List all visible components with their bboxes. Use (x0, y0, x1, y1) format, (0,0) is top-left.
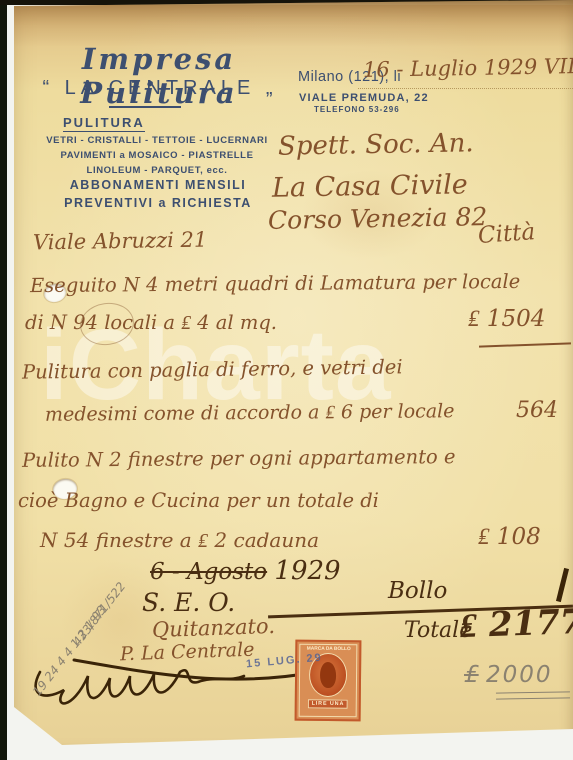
pencil-double-underline (496, 691, 570, 699)
amount-underline (479, 342, 571, 347)
body-line: Eseguito N 4 metri quadri di Lamatura pe… (30, 270, 520, 297)
subscription-line: PREVENTIVI a RICHIESTA (58, 196, 258, 210)
amount-value: 564 (516, 398, 558, 423)
pencil-circle-annotation (77, 299, 136, 348)
scan-edge-left (0, 0, 7, 760)
body-line: Pulito N 2 finestre per ogni appartament… (22, 445, 456, 472)
initials-seo: S. E. O. (142, 588, 235, 617)
amount-value: ₤ 1504 (468, 306, 545, 332)
recipient-line: Spett. Soc. An. (278, 128, 474, 161)
section-title: PULITURA (63, 115, 145, 132)
pencil-currency: ₤ (464, 662, 479, 688)
stamp-head-silhouette (320, 662, 336, 688)
pencil-amount: 2000 (486, 662, 553, 688)
recipient-city: Città (477, 219, 536, 249)
date-year: 1929 (274, 556, 340, 586)
stamp-bottom-text: LIRE UNA (308, 699, 348, 708)
recipient-line: Corso Venezia 82 (268, 202, 488, 235)
company-name: “ LA CENTRALE „ (42, 77, 278, 100)
cut-off-ink-mark (556, 568, 569, 602)
receipt-note: Quitanzato. (152, 614, 276, 642)
paper-top-shading (14, 5, 573, 47)
work-site-address: Viale Abruzzi 21 (33, 227, 208, 254)
amount-value: ₤ 108 (478, 524, 541, 550)
bollo-note: Bollo (388, 578, 447, 604)
handwritten-date: 16 - Luglio 1929 VII (363, 54, 573, 82)
body-line: di N 94 locali a ₤ 4 al mq. (25, 311, 277, 335)
street-address: VIALE PREMUDA, 22 (299, 92, 429, 104)
service-line: VETRI - CRISTALLI - TETTOIE - LUCERNARI (24, 133, 290, 148)
letterhead-divider (109, 106, 181, 108)
service-line: LINOLEUM - PARQUET, ecc. (24, 163, 290, 178)
body-line: Pulitura con paglia di ferro, e vetri de… (22, 355, 403, 383)
body-line: N 54 finestre a ₤ 2 cadauna (40, 528, 319, 553)
struck-date: 6 - Agosto (150, 559, 267, 585)
recipient-line: La Casa Civile (272, 169, 468, 203)
service-line: PAVIMENTI a MOSAICO - PIASTRELLE (24, 148, 290, 163)
phone-number: TELEFONO 53-296 (314, 105, 400, 114)
subscription-line: ABBONAMENTI MENSILI (58, 178, 258, 192)
revenue-stamp: MARCA DA BOLLO LIRE UNA (295, 640, 362, 722)
body-line: medesimi come di accordo a ₤ 6 per local… (45, 400, 455, 427)
total-value: ₤ 2177 (459, 602, 573, 646)
scanned-letter-page: iCharta Impresa Pulitura “ LA CENTRALE „… (0, 0, 573, 760)
stamp-top-text: MARCA DA BOLLO (306, 646, 350, 651)
letter-paper: iCharta Impresa Pulitura “ LA CENTRALE „… (0, 0, 573, 760)
body-line: cioè Bagno e Cucina per un totale di (18, 489, 379, 512)
